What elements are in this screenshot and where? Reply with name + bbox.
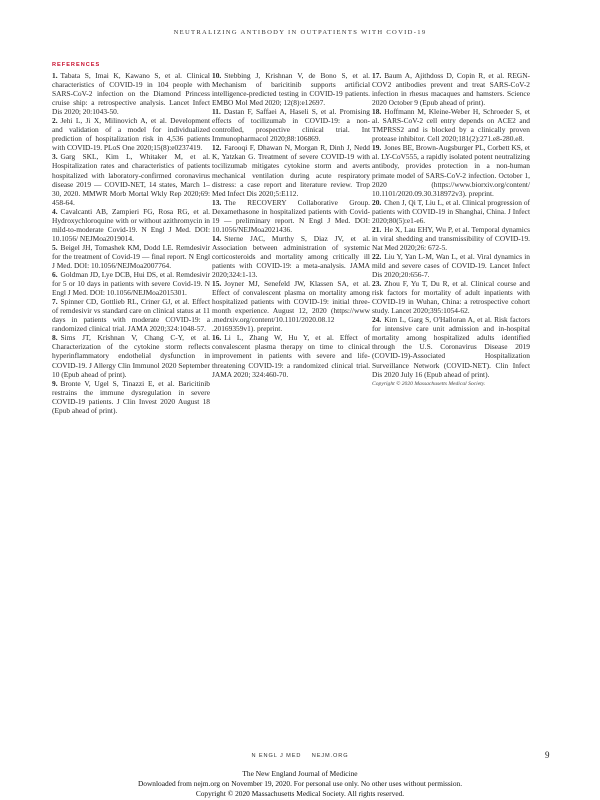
reference-item: 19.Jones BE, Brown-Augsburger PL, Cor­be… — [372, 143, 530, 197]
reference-number: 16. — [212, 333, 221, 342]
reference-item: 24.Kim L, Garg S, O'Halloran A, et al. R… — [372, 315, 530, 378]
reference-item: 18.Hoffmann M, Kleine-Weber H, Schro­ede… — [372, 107, 530, 143]
reference-number: 17. — [372, 71, 381, 80]
reference-text: He X, Lau EHY, Wu P, et al. Temporal dyn… — [372, 225, 530, 252]
reference-item: 17.Baum A, Ajithdoss D, Copin R, et al. … — [372, 71, 530, 107]
reference-text: Li L, Zhang W, Hu Y, et al. Effect of co… — [212, 333, 370, 378]
reference-text: Goldman JD, Lye DCB, Hui DS, et al. Remd… — [52, 270, 210, 297]
download-notice: The New England Journal of Medicine Down… — [0, 769, 600, 799]
reference-item: 11.Dastan F, Saffaei A, Haseli S, et al.… — [212, 107, 370, 143]
reference-number: 14. — [212, 234, 221, 243]
reference-number: 3. — [52, 152, 58, 161]
reference-number: 12. — [212, 143, 221, 152]
reference-item: 21.He X, Lau EHY, Wu P, et al. Temporal … — [372, 225, 530, 252]
article-copyright-note: Copyright © 2020 Massachusetts Medical S… — [372, 380, 530, 389]
reference-item: 5.Beigel JH, Tomashek KM, Dodd LE. Remde… — [52, 243, 210, 270]
reference-text: Chen J, Qi T, Liu L, et al. Clinical pro… — [372, 198, 530, 225]
reference-text: Bronte V, Ugel S, Tinazzi E, et al. Bar­… — [52, 379, 210, 415]
reference-item: 20.Chen J, Qi T, Liu L, et al. Clinical … — [372, 198, 530, 225]
reference-text: Hoffmann M, Kleine-Weber H, Schro­eder S… — [372, 107, 530, 143]
rights-statement: Copyright © 2020 Massachusetts Medical S… — [0, 789, 600, 799]
reference-text: The RECOVERY Collaborative Group. Dexame… — [212, 198, 370, 234]
reference-text: Joyner MJ, Senefeld JW, Klassen SA, et a… — [212, 279, 370, 333]
reference-text: Liu Y, Yan L-M, Wan L, et al. Viral dyna… — [372, 252, 530, 279]
reference-number: 13. — [212, 198, 221, 207]
reference-number: 9. — [52, 379, 58, 388]
journal-abbrev: N ENGL J MED — [252, 753, 302, 759]
references-column-3: 17.Baum A, Ajithdoss D, Copin R, et al. … — [372, 71, 530, 389]
reference-text: Beigel JH, Tomashek KM, Dodd LE. Remdesi… — [52, 243, 210, 270]
reference-item: 3.Garg SKL, Kim L, Whitaker M, et al. Ho… — [52, 152, 210, 206]
reference-item: 4.Cavalcanti AB, Zampieri FG, Rosa RG, e… — [52, 207, 210, 243]
reference-item: 7.Spinner CD, Gottlieb RL, Criner GJ, et… — [52, 297, 210, 333]
references-column-2: 10.Stebbing J, Krishnan V, de Bono S, et… — [212, 71, 370, 379]
reference-text: Sterne JAC, Murthy S, Diaz JV, et al. As… — [212, 234, 370, 279]
reference-text: Cavalcanti AB, Zampieri FG, Rosa RG, et … — [52, 207, 210, 243]
reference-number: 23. — [372, 279, 381, 288]
reference-text: Stebbing J, Krishnan V, de Bono S, et al… — [212, 71, 370, 107]
reference-item: 14.Sterne JAC, Murthy S, Diaz JV, et al.… — [212, 234, 370, 279]
references-column-1: 1.Tabata S, Imai K, Kawano S, et al. Cli… — [52, 71, 210, 415]
journal-website: NEJM.ORG — [312, 753, 349, 759]
reference-item: 2.Jehi L, Ji X, Milinovich A, et al. Dev… — [52, 116, 210, 152]
reference-text: Tabata S, Imai K, Kawano S, et al. Clini… — [52, 71, 210, 116]
reference-number: 20. — [372, 198, 381, 207]
page-number: 9 — [545, 750, 550, 760]
reference-text: Baum A, Ajithdoss D, Copin R, et al. REG… — [372, 71, 530, 107]
reference-number: 22. — [372, 252, 381, 261]
reference-item: 10.Stebbing J, Krishnan V, de Bono S, et… — [212, 71, 370, 107]
reference-number: 2. — [52, 116, 58, 125]
reference-number: 6. — [52, 270, 58, 279]
reference-text: Jehi L, Ji X, Milinovich A, et al. Devel… — [52, 116, 210, 152]
reference-number: 7. — [52, 297, 58, 306]
reference-number: 15. — [212, 279, 221, 288]
reference-number: 10. — [212, 71, 221, 80]
reference-item: 23.Zhou F, Yu T, Du R, et al. Clinical c… — [372, 279, 530, 315]
journal-footer: N ENGL J MED NEJM.ORG — [0, 753, 600, 759]
reference-item: 15.Joyner MJ, Senefeld JW, Klassen SA, e… — [212, 279, 370, 333]
reference-text: Sims JT, Krishnan V, Chang C-Y, et al. C… — [52, 333, 210, 378]
reference-item: 6.Goldman JD, Lye DCB, Hui DS, et al. Re… — [52, 270, 210, 297]
reference-number: 4. — [52, 207, 58, 216]
reference-text: Dastan F, Saffaei A, Haseli S, et al. Pr… — [212, 107, 370, 143]
download-statement: Downloaded from nejm.org on November 19,… — [0, 779, 600, 789]
running-title: NEUTRALIZING ANTIBODY IN OUTPATIENTS WIT… — [0, 29, 600, 36]
reference-number: 18. — [372, 107, 381, 116]
reference-number: 1. — [52, 71, 58, 80]
reference-item: 9.Bronte V, Ugel S, Tinazzi E, et al. Ba… — [52, 379, 210, 415]
reference-text: Jones BE, Brown-Augsburger PL, Cor­bett … — [372, 143, 530, 197]
reference-number: 21. — [372, 225, 381, 234]
reference-number: 19. — [372, 143, 381, 152]
reference-text: Farooqi F, Dhawan N, Morgan R, Dinh J, N… — [212, 143, 370, 197]
reference-text: Spinner CD, Gottlieb RL, Criner GJ, et a… — [52, 297, 210, 333]
references-heading: REFERENCES — [52, 62, 100, 68]
reference-text: Zhou F, Yu T, Du R, et al. Clinical cour… — [372, 279, 530, 315]
reference-number: 24. — [372, 315, 381, 324]
reference-item: 8.Sims JT, Krishnan V, Chang C-Y, et al.… — [52, 333, 210, 378]
reference-item: 16.Li L, Zhang W, Hu Y, et al. Effect of… — [212, 333, 370, 378]
reference-number: 8. — [52, 333, 58, 342]
reference-item: 13.The RECOVERY Collaborative Group. Dex… — [212, 198, 370, 234]
reference-number: 5. — [52, 243, 58, 252]
reference-number: 11. — [212, 107, 221, 116]
reference-item: 22.Liu Y, Yan L-M, Wan L, et al. Viral d… — [372, 252, 530, 279]
reference-item: 1.Tabata S, Imai K, Kawano S, et al. Cli… — [52, 71, 210, 116]
reference-text: Garg SKL, Kim L, Whitaker M, et al. Hosp… — [52, 152, 210, 206]
journal-name: The New England Journal of Medicine — [0, 769, 600, 779]
reference-text: Kim L, Garg S, O'Halloran A, et al. Risk… — [372, 315, 530, 378]
reference-item: 12.Farooqi F, Dhawan N, Morgan R, Dinh J… — [212, 143, 370, 197]
